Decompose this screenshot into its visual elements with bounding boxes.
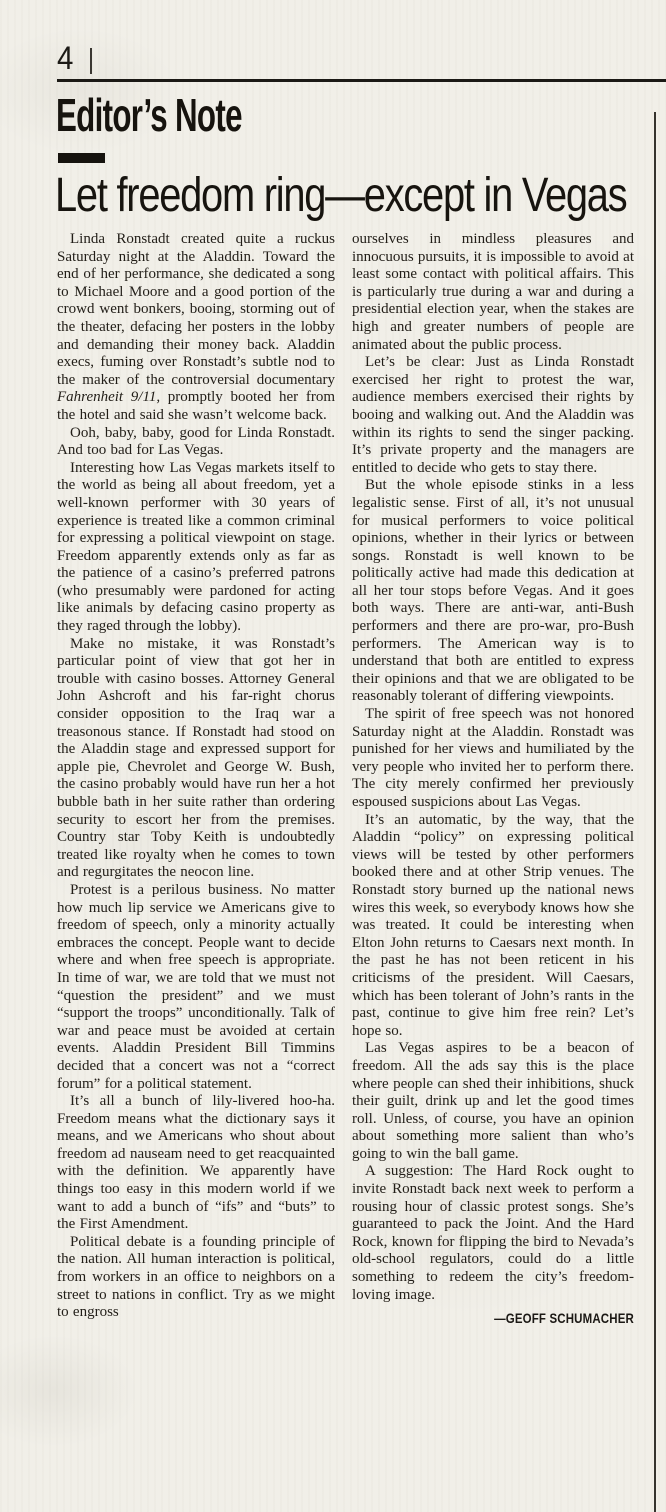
paragraph: Ooh, baby, baby, good for Linda Ronstadt… [57,425,335,460]
byline: —GEOFF SCHUMACHER [403,1311,634,1325]
paragraph: Interesting how Las Vegas markets itself… [57,460,335,636]
paragraph: Linda Ronstadt created quite a ruckus Sa… [57,231,335,425]
page-number: 4 [57,42,73,74]
paragraph: ourselves in mindless pleasures and inno… [352,231,634,354]
article-body: Linda Ronstadt created quite a ruckus Sa… [57,231,634,1325]
paragraph: Political debate is a founding principle… [57,1234,335,1322]
article-headline: Let freedom ring—except in Vegas [55,170,626,223]
paragraph: Protest is a perilous business. No matte… [57,882,335,1093]
paragraph: The spirit of free speech was not honore… [352,706,634,812]
article-left-column: Linda Ronstadt created quite a ruckus Sa… [57,231,335,1325]
scanned-newspaper-page: { "page": { "number": "4" }, "masthead":… [0,0,666,1512]
paragraph: Make no mistake, it was Ronstadt’s parti… [57,636,335,882]
section-title: Editor’s Note [56,90,242,141]
paragraph: It’s an automatic, by the way, that the … [352,812,634,1041]
page-number-tick [90,48,92,74]
paragraph: It’s all a bunch of lily-livered hoo-ha.… [57,1093,335,1234]
paragraph: Let’s be clear: Just as Linda Ronstadt e… [352,354,634,477]
italic-text: Fahrenheit 9/11, [57,389,160,405]
section-title-bar [58,153,105,163]
paragraph: A suggestion: The Hard Rock ought to inv… [352,1163,634,1304]
right-edge-rule [654,112,656,1512]
top-rule [57,79,666,82]
paragraph: Las Vegas aspires to be a beacon of free… [352,1040,634,1163]
article-right-column: ourselves in mindless pleasures and inno… [352,231,634,1325]
paragraph: But the whole episode stinks in a less l… [352,477,634,706]
